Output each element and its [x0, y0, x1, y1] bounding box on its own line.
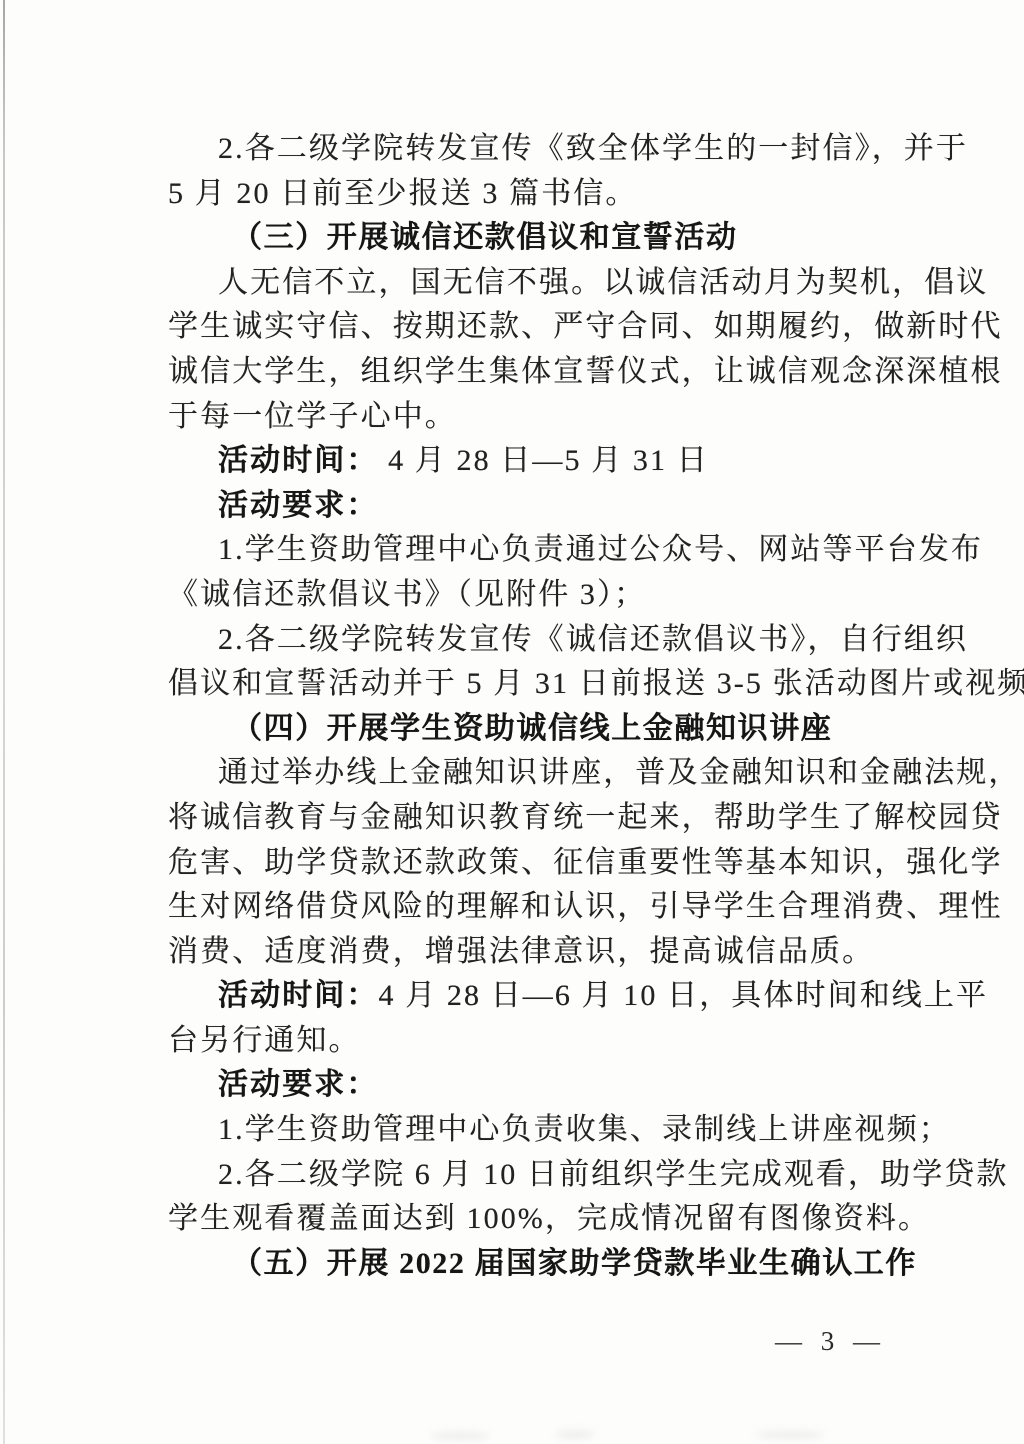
text-line: 消费、适度消费，增强法律意识，提高诚信品质。	[168, 930, 913, 975]
text-line: 2.各二级学院转发宣传《诚信还款倡议书》，自行组织	[168, 618, 913, 663]
bold-text-run: 活动时间：	[218, 444, 379, 477]
text-run: 通过举办线上金融知识讲座，普及金融知识和金融法规，	[218, 756, 1021, 789]
scan-smudge	[755, 1431, 825, 1439]
document-page: 2.各二级学院转发宣传《致全体学生的一封信》，并于5 月 20 日前至少报送 3…	[0, 0, 1024, 1444]
text-line: 学生诚实守信、按期还款、严守合同、如期履约，做新时代	[168, 305, 913, 350]
text-run: 人无信不立，国无信不强。以诚信活动月为契机，倡议	[218, 266, 988, 299]
text-run: 危害、助学贷款还款政策、征信重要性等基本知识，强化学	[168, 846, 1003, 879]
text-line: 1.学生资助管理中心负责通过公众号、网站等平台发布	[168, 528, 913, 573]
page-number: — 3 —	[775, 1326, 886, 1357]
text-run: 1.学生资助管理中心负责收集、录制线上讲座视频；	[218, 1113, 951, 1146]
text-run: 5 月 20 日前至少报送 3 篇书信。	[168, 177, 638, 210]
text-line: 将诚信教育与金融知识教育统一起来，帮助学生了解校园贷	[168, 796, 913, 841]
text-run: 学生观看覆盖面达到 100%，完成情况留有图像资料。	[168, 1202, 930, 1235]
bold-text-run: （四）开展学生资助诚信线上金融知识讲座	[232, 712, 832, 745]
text-run: 《诚信还款倡议书》（见附件 3）；	[168, 578, 646, 611]
text-line: 活动要求：	[168, 1063, 913, 1108]
text-run: 生对网络借贷风险的理解和认识，引导学生合理消费、理性	[168, 890, 1003, 923]
text-run: 倡议和宣誓活动并于 5 月 31 日前报送 3-5 张活动图片或视频。	[168, 667, 1024, 700]
text-line: 5 月 20 日前至少报送 3 篇书信。	[168, 172, 913, 217]
text-line: 危害、助学贷款还款政策、征信重要性等基本知识，强化学	[168, 841, 913, 886]
bold-text-run: （五）开展 2022 届国家助学贷款毕业生确认工作	[232, 1247, 917, 1280]
text-line: 2.各二级学院转发宣传《致全体学生的一封信》，并于	[168, 127, 913, 172]
bold-text-run: 活动要求：	[218, 489, 379, 522]
bold-text-run: 活动时间：	[218, 979, 379, 1012]
text-line: 生对网络借贷风险的理解和认识，引导学生合理消费、理性	[168, 885, 913, 930]
text-run: 4 月 28 日—5 月 31 日	[379, 444, 709, 477]
text-line: 活动要求：	[168, 484, 913, 529]
text-line: 学生观看覆盖面达到 100%，完成情况留有图像资料。	[168, 1197, 913, 1242]
text-line: 人无信不立，国无信不强。以诚信活动月为契机，倡议	[168, 261, 913, 306]
text-line: 活动时间： 4 月 28 日—5 月 31 日	[168, 439, 913, 484]
section-heading: （五）开展 2022 届国家助学贷款毕业生确认工作	[168, 1242, 913, 1287]
text-run: 2.各二级学院转发宣传《诚信还款倡议书》，自行组织	[218, 623, 968, 656]
scan-edge-artifact	[3, 0, 5, 1444]
text-line: 《诚信还款倡议书》（见附件 3）；	[168, 573, 913, 618]
scan-smudge	[555, 1430, 595, 1439]
text-run: 2.各二级学院转发宣传《致全体学生的一封信》，并于	[218, 132, 968, 165]
text-line: 台另行通知。	[168, 1019, 913, 1064]
scan-smudge	[430, 1432, 490, 1440]
text-run: 1.学生资助管理中心负责通过公众号、网站等平台发布	[218, 533, 983, 566]
text-line: 于每一位学子心中。	[168, 395, 913, 440]
section-heading: （三）开展诚信还款倡议和宣誓活动	[168, 216, 913, 261]
bold-text-run: 活动要求：	[218, 1068, 379, 1101]
text-run: 于每一位学子心中。	[168, 400, 457, 433]
text-run: 2.各二级学院 6 月 10 日前组织学生完成观看，助学贷款	[218, 1158, 1009, 1191]
text-run: 消费、适度消费，增强法律意识，提高诚信品质。	[168, 935, 874, 968]
text-line: 活动时间：4 月 28 日—6 月 10 日，具体时间和线上平	[168, 974, 913, 1019]
text-run: 诚信大学生，组织学生集体宣誓仪式，让诚信观念深深植根	[168, 355, 1003, 388]
text-run: 将诚信教育与金融知识教育统一起来，帮助学生了解校园贷	[168, 801, 1003, 834]
document-body: 2.各二级学院转发宣传《致全体学生的一封信》，并于5 月 20 日前至少报送 3…	[168, 127, 913, 1286]
text-line: 2.各二级学院 6 月 10 日前组织学生完成观看，助学贷款	[168, 1153, 913, 1198]
text-line: 诚信大学生，组织学生集体宣誓仪式，让诚信观念深深植根	[168, 350, 913, 395]
text-line: 通过举办线上金融知识讲座，普及金融知识和金融法规，	[168, 751, 913, 796]
text-line: 1.学生资助管理中心负责收集、录制线上讲座视频；	[168, 1108, 913, 1153]
bold-text-run: （三）开展诚信还款倡议和宣誓活动	[232, 221, 738, 254]
text-run: 4 月 28 日—6 月 10 日，具体时间和线上平	[379, 979, 989, 1012]
text-run: 台另行通知。	[168, 1024, 361, 1057]
text-run: 学生诚实守信、按期还款、严守合同、如期履约，做新时代	[168, 310, 1003, 343]
section-heading: （四）开展学生资助诚信线上金融知识讲座	[168, 707, 913, 752]
text-line: 倡议和宣誓活动并于 5 月 31 日前报送 3-5 张活动图片或视频。	[168, 662, 913, 707]
